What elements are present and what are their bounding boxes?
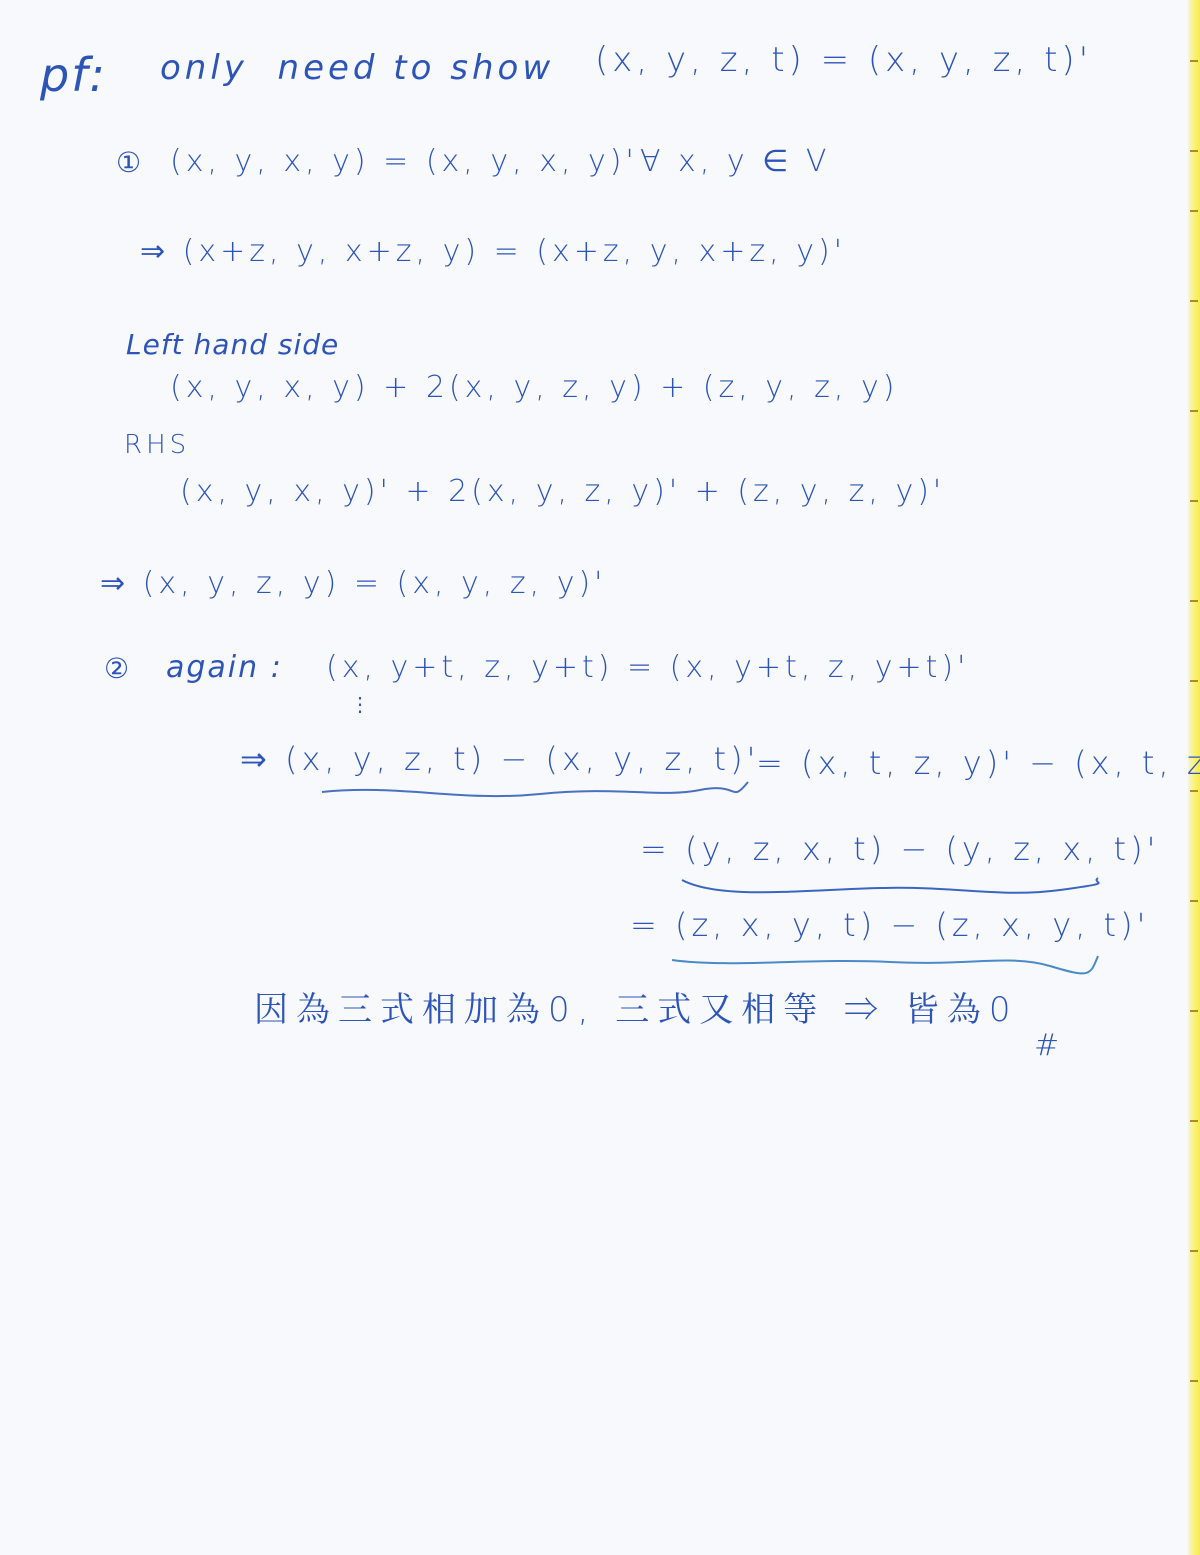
- step-1-marker: ①: [116, 146, 145, 179]
- step-2-marker: ②: [104, 652, 133, 685]
- end-of-proof-mark: #: [1034, 1028, 1063, 1063]
- underline-squiggle-1: [320, 780, 750, 810]
- underline-squiggle-3: [670, 950, 1100, 986]
- continuation-dots: ⋮: [350, 692, 374, 716]
- difference-cyclic-1: = (y, z, x, t) − (y, z, x, t)': [640, 830, 1159, 868]
- lhs-expansion: (x, y, x, y) + 2(x, y, z, y) + (z, y, z,…: [170, 370, 898, 405]
- step-1-result: ⇒ (x, y, z, y) = (x, y, z, y)': [100, 566, 606, 601]
- implication-equation: ⇒ (x+z, y, x+z, y) = (x+z, y, x+z, y)': [140, 234, 846, 269]
- conclusion-text: 因為三式相加為0, 三式又相等 ⇒ 皆為0: [254, 982, 1019, 1031]
- quantifier: ∀ x, y ∈ V: [640, 144, 830, 179]
- step-2-equation: (x, y+t, z, y+t) = (x, y+t, z, y+t)': [326, 650, 969, 685]
- again-label: again :: [166, 650, 283, 685]
- proof-label: pf:: [40, 48, 107, 102]
- lhs-label: Left hand side: [126, 328, 339, 361]
- difference-rhs: = (x, t, z, y)' − (x, t, z, y): [756, 744, 1200, 782]
- underline-squiggle-2: [680, 876, 1100, 906]
- rhs-label: RHS: [124, 430, 190, 460]
- step-1-equation: (x, y, x, y) = (x, y, x, y)': [170, 144, 638, 179]
- difference-lhs: ⇒ (x, y, z, t) − (x, y, z, t)': [240, 740, 759, 778]
- difference-cyclic-2: = (z, x, y, t) − (z, x, y, t)': [630, 906, 1149, 944]
- intro-text: only need to show: [160, 48, 554, 88]
- rhs-expansion: (x, y, x, y)' + 2(x, y, z, y)' + (z, y, …: [180, 474, 945, 509]
- goal-equation: (x, y, z, t) = (x, y, z, t)': [595, 40, 1092, 80]
